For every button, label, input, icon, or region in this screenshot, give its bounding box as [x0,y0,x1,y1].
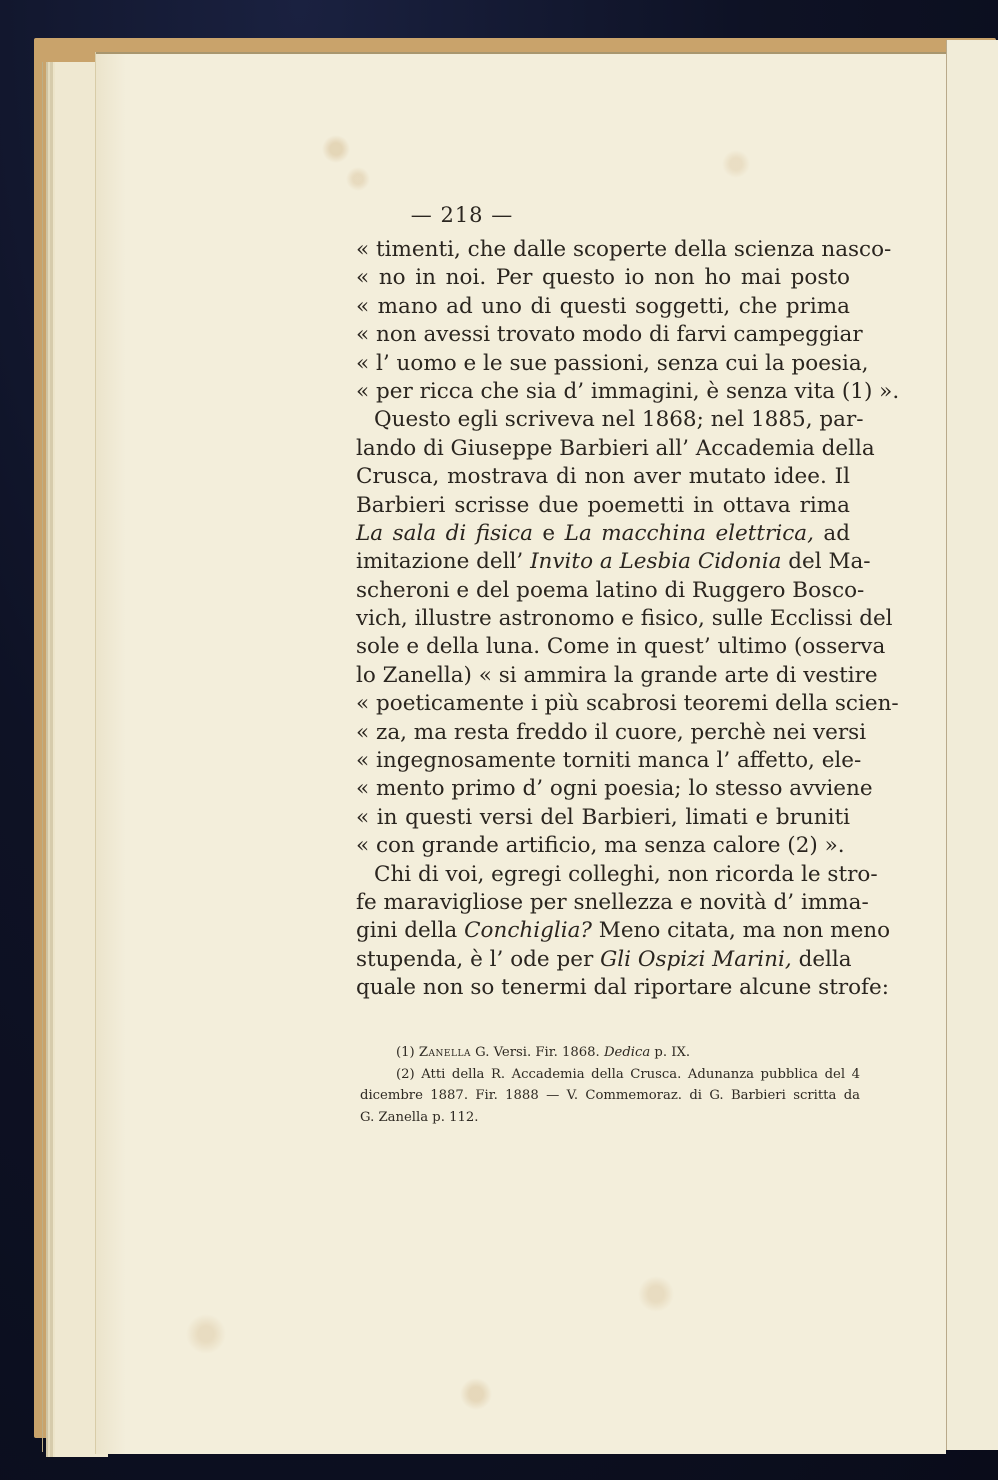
text-line: La sala di fisica e La macchina elettric… [356,520,850,548]
text-line: scheroni e del poema latino di Ruggero B… [356,577,850,605]
text-segment: della [792,947,852,972]
text-segment: sole e della luna. Come in quest’ ultimo… [356,634,885,659]
italic-title: Gli Ospizi Marini, [600,947,792,972]
text-segment: lo Zanella) « si ammira la grande arte d… [356,663,878,688]
text-line: « per ricca che sia d’ immagini, è senza… [356,378,850,406]
body-text: « timenti, che dalle scoperte della scie… [356,236,850,1003]
footnote-1: (1) Zanella G. Versi. Fir. 1868. Dedica … [372,1042,860,1064]
text-line: Questo egli scriveva nel 1868; nel 1885,… [356,406,850,434]
text-line: « ingegnosamente torniti manca l’ affett… [356,747,850,775]
text-segment: imitazione dell’ [356,549,530,574]
text-segment: « mento primo d’ ogni poesia; lo stesso … [356,776,873,801]
text-line: « con grande artificio, ma senza calore … [356,832,850,860]
text-segment: vich, illustre astronomo e fisico, sulle… [356,606,893,631]
text-segment: « timenti, che dalle scoperte della scie… [356,237,891,262]
footnote-1-marker: (1) [396,1045,415,1060]
text-line: fe maravigliose per snellezza e novità d… [356,889,850,917]
text-line: « poeticamente i più scabrosi teoremi de… [356,690,850,718]
footnote-1-text-a: G. Versi. Fir. 1868. [471,1045,604,1060]
text-line: vich, illustre astronomo e fisico, sulle… [356,605,850,633]
text-line: « za, ma resta freddo il cuore, perchè n… [356,719,850,747]
text-line: « non avessi trovato modo di farvi campe… [356,321,850,349]
text-segment: « non avessi trovato modo di farvi campe… [356,322,863,347]
text-line: sole e della luna. Come in quest’ ultimo… [356,633,850,661]
text-segment: « in questi versi del Barbieri, limati e… [356,805,850,830]
italic-title: Conchiglia? [464,918,592,943]
text-line: imitazione dell’ Invito a Lesbia Cidonia… [356,548,850,576]
text-segment: Meno citata, ma non meno [592,918,890,943]
text-segment: Chi di voi, egregi colleghi, non ricorda… [374,862,878,887]
text-segment: stupenda, è l’ ode per [356,947,600,972]
text-segment: « poeticamente i più scabrosi teoremi de… [356,691,899,716]
page-number: — 218 — [0,203,602,227]
footnote-2-line-2: dicembre 1887. Fir. 1888 — V. Commemoraz… [360,1085,860,1107]
footnote-2-line-1: (2) Atti della R. Accademia della Crusca… [372,1064,860,1086]
text-line: Crusca, mostrava di non aver mutato idee… [356,463,850,491]
text-line: Barbieri scrisse due poemetti in ottava … [356,492,850,520]
text-line: « no in noi. Per questo io non ho mai po… [356,264,850,292]
text-segment: Questo egli scriveva nel 1868; nel 1885,… [374,407,863,432]
text-line: « in questi versi del Barbieri, limati e… [356,804,850,832]
footnote-1-italic: Dedica [604,1045,650,1060]
text-line: Chi di voi, egregi colleghi, non ricorda… [356,861,850,889]
text-segment: « ingegnosamente torniti manca l’ affett… [356,748,861,773]
text-segment: fe maravigliose per snellezza e novità d… [356,890,869,915]
text-line: gini della Conchiglia? Meno citata, ma n… [356,917,850,945]
text-line: lando di Giuseppe Barbieri all’ Accademi… [356,435,850,463]
text-segment: « mano ad uno di questi soggetti, che pr… [356,294,850,319]
text-line: « l’ uomo e le sue passioni, senza cui l… [356,350,850,378]
text-segment: Crusca, mostrava di non aver mutato idee… [356,464,850,489]
facing-page-edge [946,40,998,1450]
text-segment: « per ricca che sia d’ immagini, è senza… [356,379,899,404]
text-segment: del Ma- [781,549,870,574]
text-segment: « l’ uomo e le sue passioni, senza cui l… [356,351,868,376]
text-line: stupenda, è l’ ode per Gli Ospizi Marini… [356,946,850,974]
text-segment: « no in noi. Per questo io non ho mai po… [356,265,850,290]
text-segment: e [533,521,565,546]
italic-title: La macchina elettrica, [565,521,814,546]
footnotes: (1) Zanella G. Versi. Fir. 1868. Dedica … [372,1042,860,1128]
footnote-1-author: Zanella [419,1045,471,1060]
text-segment: « con grande artificio, ma senza calore … [356,833,845,858]
text-segment: quale non so tenermi dal riportare alcun… [356,975,889,1000]
text-segment: Barbieri scrisse due poemetti in ottava … [356,493,850,518]
text-segment: ad [814,521,850,546]
text-line: « mento primo d’ ogni poesia; lo stesso … [356,775,850,803]
italic-title: La sala di fisica [356,521,533,546]
text-segment: « za, ma resta freddo il cuore, perchè n… [356,720,866,745]
text-line: quale non so tenermi dal riportare alcun… [356,974,850,1002]
footnote-1-text-b: p. IX. [650,1045,690,1060]
text-line: « timenti, che dalle scoperte della scie… [356,236,850,264]
text-segment: scheroni e del poema latino di Ruggero B… [356,578,864,603]
footnote-2-line-3: G. Zanella p. 112. [360,1107,860,1129]
text-line: « mano ad uno di questi soggetti, che pr… [356,293,850,321]
text-line: lo Zanella) « si ammira la grande arte d… [356,662,850,690]
text-segment: lando di Giuseppe Barbieri all’ Accademi… [356,436,875,461]
italic-title: Invito a Lesbia Cidonia [530,549,781,574]
text-segment: gini della [356,918,464,943]
